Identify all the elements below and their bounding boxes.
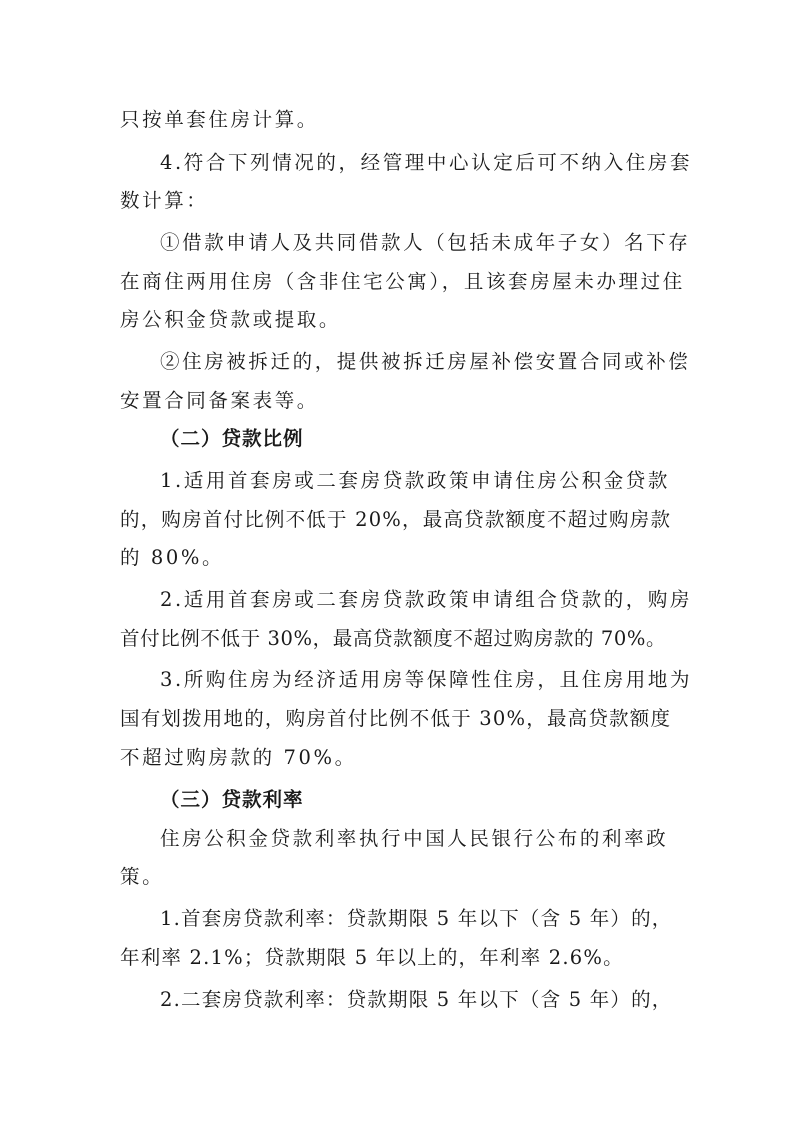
document-page: 只按单套住房计算。 4.符合下列情况的，经管理中心认定后可不纳入住房套 数计算：… xyxy=(0,0,794,1122)
paragraph-line: 不超过购房款的 70%。 xyxy=(120,746,680,770)
paragraph-line: ①借款申请人及共同借款人（包括未成年子女）名下存 xyxy=(160,231,680,255)
section-heading-loan-ratio: （二）贷款比例 xyxy=(160,427,720,451)
paragraph-line: 1.适用首套房或二套房贷款政策申请住房公积金贷款 xyxy=(160,469,680,493)
paragraph-line: 数计算： xyxy=(120,189,680,213)
paragraph-line: 年利率 2.1%；贷款期限 5 年以上的，年利率 2.6%。 xyxy=(120,946,680,970)
paragraph-line: 2.适用首套房或二套房贷款政策申请组合贷款的，购房 xyxy=(160,588,680,612)
paragraph-line: 房公积金贷款或提取。 xyxy=(120,308,680,332)
paragraph-line: 4.符合下列情况的，经管理中心认定后可不纳入住房套 xyxy=(160,151,680,175)
paragraph-line: 的，购房首付比例不低于 20%，最高贷款额度不超过购房款 xyxy=(120,508,680,532)
paragraph-line: 国有划拨用地的，购房首付比例不低于 30%，最高贷款额度 xyxy=(120,707,680,731)
paragraph-line: 1.首套房贷款利率：贷款期限 5 年以下（含 5 年）的， xyxy=(160,907,680,931)
paragraph-line: ②住房被拆迁的，提供被拆迁房屋补偿安置合同或补偿 xyxy=(160,350,680,374)
paragraph-line: 2.二套房贷款利率：贷款期限 5 年以下（含 5 年）的， xyxy=(160,988,680,1012)
paragraph-line: 安置合同备案表等。 xyxy=(120,389,680,413)
paragraph-line: 住房公积金贷款利率执行中国人民银行公布的利率政 xyxy=(160,827,680,851)
paragraph-line: 3.所购住房为经济适用房等保障性住房，且住房用地为 xyxy=(160,668,680,692)
paragraph-line: 首付比例不低于 30%，最高贷款额度不超过购房款的 70%。 xyxy=(120,627,680,651)
paragraph-line: 只按单套住房计算。 xyxy=(120,108,680,132)
section-heading-loan-rate: （三）贷款利率 xyxy=(160,788,720,812)
paragraph-line: 的 80%。 xyxy=(120,546,680,570)
paragraph-line: 策。 xyxy=(120,865,680,889)
paragraph-line: 在商住两用住房（含非住宅公寓），且该套房屋未办理过住 xyxy=(120,270,680,294)
